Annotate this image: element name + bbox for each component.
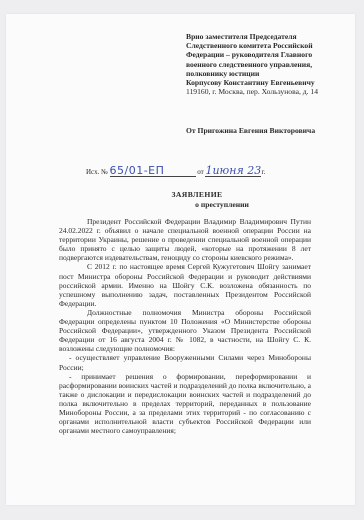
addressee-address: 119160, г. Москва, пер. Хользунова, д. 1… <box>186 87 356 96</box>
addressee-line: Федерации – руководителя Главного <box>186 50 356 59</box>
addressee-line: Следственного комитета Российской <box>186 41 356 50</box>
document-title: ЗАЯВЛЕНИЕ о преступлении <box>0 190 364 209</box>
body-paragraph: Должностные полномочия Министра обороны … <box>59 308 311 353</box>
sender-line: От Пригожина Евгения Викторовича <box>186 126 315 135</box>
reference-date: 1июня 23 <box>205 165 261 177</box>
title-subheading: о преступлении <box>0 200 364 210</box>
addressee-name: Корпусову Константину Евгеньевичу <box>186 78 356 87</box>
body-list-item: - принимает решения о формировании, пере… <box>59 372 311 436</box>
body-paragraph: С 2012 г. по настоящее время Сергей Кужу… <box>59 262 311 307</box>
addressee-line: полковнику юстиции <box>186 69 356 78</box>
outgoing-reference: Исх. № 65/01-ЕП от 1июня 23г. <box>86 165 265 177</box>
addressee-block: Врио заместителя Председателя Следственн… <box>186 32 356 96</box>
addressee-line: военного следственного управления, <box>186 60 356 69</box>
body-list-item: - осуществляет управление Вооруженными С… <box>59 353 311 371</box>
reference-date-prefix: от <box>197 168 203 176</box>
reference-number: 65/01-ЕП <box>110 165 196 177</box>
body-paragraph: Президент Российской Федерации Владимир … <box>59 217 311 262</box>
title-heading: ЗАЯВЛЕНИЕ <box>0 190 314 200</box>
reference-prefix: Исх. № <box>86 168 108 176</box>
reference-date-suffix: г. <box>261 168 265 176</box>
document-body: Президент Российской Федерации Владимир … <box>59 217 311 435</box>
addressee-line: Врио заместителя Председателя <box>186 32 356 41</box>
